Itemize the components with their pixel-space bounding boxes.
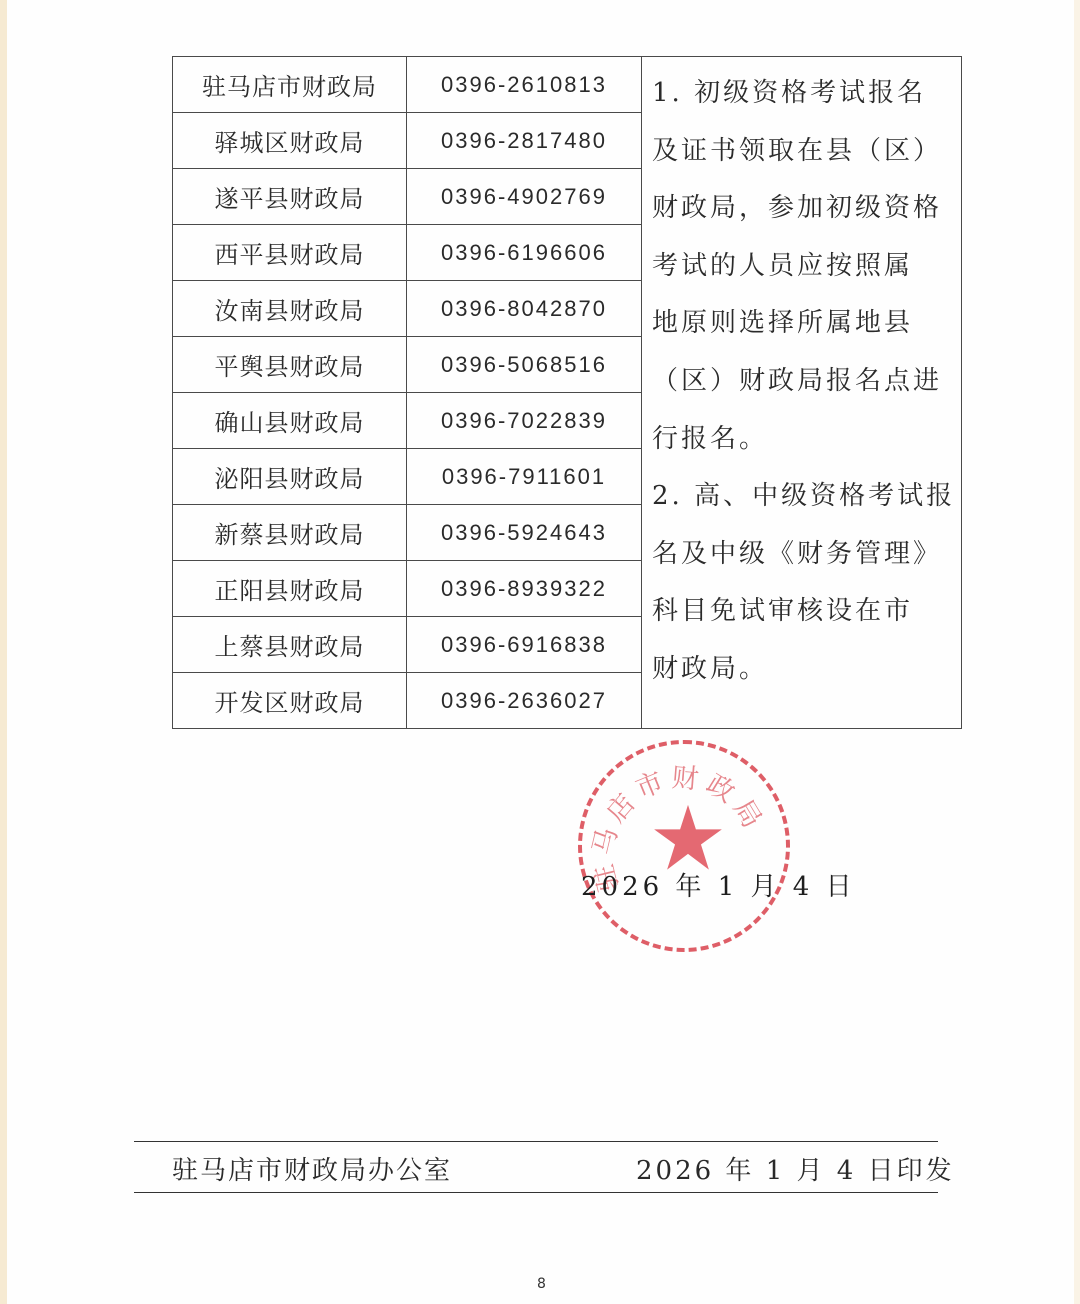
note-line: 地原则选择所属地县: [652, 295, 955, 353]
note-line: （区）财政局报名点进: [652, 353, 955, 411]
issuing-office: 驻马店市财政局办公室: [172, 1150, 452, 1187]
page-edge-left: [0, 0, 7, 1304]
phone-cell: 0396-2817480: [407, 113, 642, 169]
notes-cell: 1. 初级资格考试报名 及证书领取在县（区） 财政局，参加初级资格 考试的人员应…: [642, 57, 962, 729]
department-cell: 西平县财政局: [173, 225, 407, 281]
department-cell: 上蔡县财政局: [173, 617, 407, 673]
phone-cell: 0396-6196606: [407, 225, 642, 281]
page-number: 8: [537, 1276, 546, 1292]
phone-cell: 0396-2610813: [407, 57, 642, 113]
phone-cell: 0396-6916838: [407, 617, 642, 673]
contact-table: 驻马店市财政局 0396-2610813 1. 初级资格考试报名 及证书领取在县…: [172, 56, 962, 729]
note-line: 1. 初级资格考试报名: [652, 65, 955, 123]
note-line: 财政局，参加初级资格: [652, 180, 955, 238]
table-row: 驻马店市财政局 0396-2610813 1. 初级资格考试报名 及证书领取在县…: [173, 57, 962, 113]
note-line: 行报名。: [652, 411, 955, 469]
note-line: 财政局。: [652, 641, 955, 699]
department-cell: 驿城区财政局: [173, 113, 407, 169]
seal-text-arc: 驻马店市财政局: [582, 744, 786, 948]
department-cell: 正阳县财政局: [173, 561, 407, 617]
note-line: 及证书领取在县（区）: [652, 123, 955, 181]
issue-date: 2026 年 1 月 4 日印发: [636, 1150, 955, 1187]
department-cell: 遂平县财政局: [173, 169, 407, 225]
note-line: 考试的人员应按照属: [652, 238, 955, 296]
department-cell: 新蔡县财政局: [173, 505, 407, 561]
footer-divider-bottom: [134, 1192, 938, 1193]
page-edge-right: [1074, 0, 1080, 1304]
note-line: 名及中级《财务管理》: [652, 526, 955, 584]
phone-cell: 0396-4902769: [407, 169, 642, 225]
footer-divider-top: [134, 1141, 938, 1142]
phone-cell: 0396-7022839: [407, 393, 642, 449]
department-cell: 汝南县财政局: [173, 281, 407, 337]
department-cell: 平舆县财政局: [173, 337, 407, 393]
department-cell: 驻马店市财政局: [173, 57, 407, 113]
note-line: 2. 高、中级资格考试报: [652, 468, 955, 526]
department-cell: 开发区财政局: [173, 673, 407, 729]
phone-cell: 0396-8042870: [407, 281, 642, 337]
official-seal: 驻马店市财政局: [578, 740, 790, 952]
phone-cell: 0396-8939322: [407, 561, 642, 617]
note-line: 科目免试审核设在市: [652, 583, 955, 641]
phone-cell: 0396-2636027: [407, 673, 642, 729]
phone-cell: 0396-5924643: [407, 505, 642, 561]
department-cell: 确山县财政局: [173, 393, 407, 449]
department-cell: 泌阳县财政局: [173, 449, 407, 505]
signature-date: 2026 年 1 月 4 日: [581, 866, 856, 903]
phone-cell: 0396-7911601: [407, 449, 642, 505]
phone-cell: 0396-5068516: [407, 337, 642, 393]
